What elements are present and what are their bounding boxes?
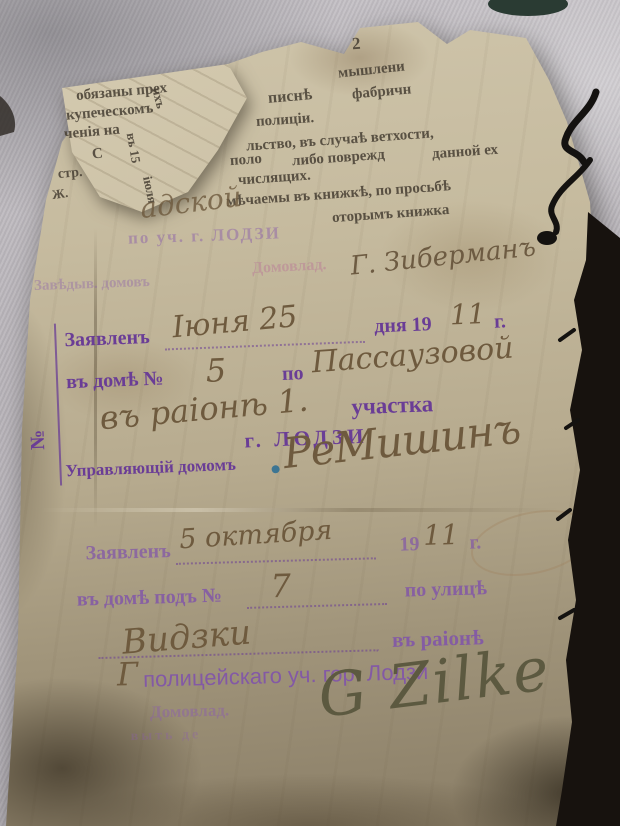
ink-dot xyxy=(271,465,279,473)
printed-fragment: поло xyxy=(229,151,262,170)
printed-fragment: С xyxy=(91,146,103,164)
handwritten-precinct-no: Г xyxy=(116,655,138,694)
printed-fragment: писнѣ xyxy=(267,86,313,108)
photo-background: обязаны прех купеческомъ ченія на С стр.… xyxy=(0,0,620,826)
stamp-year-suffix: г. xyxy=(469,531,481,554)
fill-in-line xyxy=(247,602,387,609)
stamp-street-label: по улицѣ xyxy=(404,577,487,602)
page-number: 2 xyxy=(351,34,361,55)
stamp-no-vertical: № xyxy=(27,429,51,450)
faint-stamp-line: выть де xyxy=(131,727,202,745)
registration-stamp-2: Заявленъ 5 октября 19 11 г. въ домѣ подъ… xyxy=(67,515,563,759)
registration-stamp-1: № Заявленъ Іюня 25 дня 19 11 г. въ домѣ … xyxy=(51,290,563,509)
fill-in-line xyxy=(176,556,376,565)
stamp-declared-label: Заявленъ xyxy=(64,326,150,352)
stamp-declared-label: Заявленъ xyxy=(85,540,171,565)
stamp-house-label: въ домѣ подъ № xyxy=(77,585,223,612)
handwritten-house-no: 5 xyxy=(205,351,227,390)
stamp-manager-label: Управляющій домомъ xyxy=(65,455,236,482)
printed-fragment: стр. xyxy=(57,165,83,183)
stamp-year-label: 19 xyxy=(399,533,420,557)
handwritten-date: Іюня 25 xyxy=(171,299,299,345)
handwritten-house-no: 7 xyxy=(270,567,291,606)
printed-fragment: Ж. xyxy=(51,185,69,203)
stamp-house-label: въ домѣ № xyxy=(66,368,164,395)
stamp-day-label: дня 19 xyxy=(374,313,432,338)
handwritten-street: Пассаузовой xyxy=(310,331,514,381)
stamp-homeowner-label: Домовлад. xyxy=(150,700,230,722)
handwritten-year: 11 xyxy=(449,297,486,331)
handwritten-year: 11 xyxy=(423,518,460,552)
